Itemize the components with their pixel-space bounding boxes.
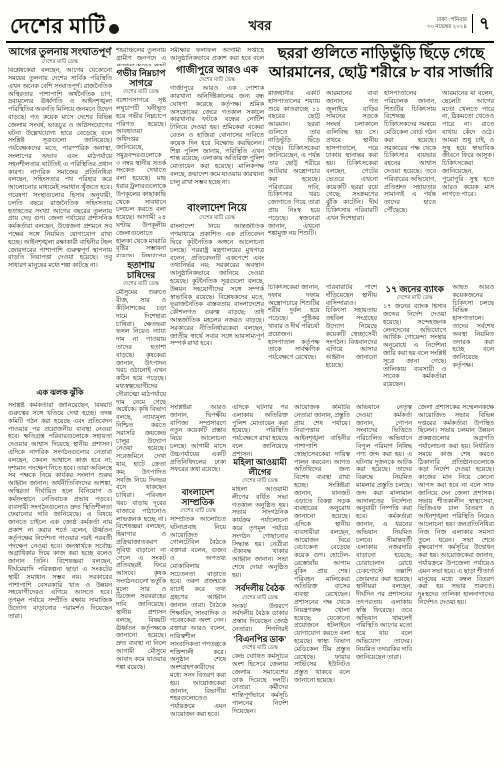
article-body: ১৭ জনের ব্যাংক হিসাব জব্দের নির্দেশ দেওয… (383, 303, 446, 400)
article-body: সংশ্লিষ্ট কর্মকর্তারা জানিয়েছেন, বিষয়ট… (8, 402, 112, 762)
article-subhead: এক ঝলক ঝুঁকি (8, 387, 112, 400)
continuation-text: আহত আরও কয়েকজনের চিকিৎসা চলছে বিভিন্ন হ… (452, 284, 494, 400)
lower-col-2: এদিকে ঘটনার পর এলাকায় অতিরিক্ত পুলিশ মো… (232, 404, 288, 762)
article-body: বঙ্গোপসাগরে সৃষ্ট লঘুচাপটি ঘনীভূত হয়ে গ… (116, 97, 166, 257)
lead-body-col: হাসপাতালের পরিচালক জানান, শিশুটির চিকিৎস… (384, 90, 436, 280)
article-headline: গাজীপুরে আরও এক (170, 65, 264, 76)
article-headline: হতাশায় চাষিদের (116, 260, 166, 280)
continuation-text: এদিকে ঘটনার পর এলাকায় অতিরিক্ত পুলিশ মো… (232, 404, 288, 456)
lower-col-3: আয়োজক কমিটির নেতারা জানান, প্রস্তুতি প্… (294, 404, 350, 762)
lead-story-headline-block: ছররা গুলিতে নাড়িভুঁড়ি ছিঁড়ে গেছে আরমা… (268, 45, 494, 83)
article-headline: সর্বদলীয় বৈঠক (232, 584, 288, 594)
page-number: ৭ (472, 14, 492, 33)
continuation-text: সমীক্ষার ফলাফল আগামী সপ্তাহে আনুষ্ঠানিকভ… (170, 47, 264, 64)
article-body: বিশ্লেষকেরা বলছেন, আগের যেকোনো সময়ের তু… (8, 67, 112, 385)
lower-col-5: জেলা প্রশাসকের সম্মেলনকক্ষে আয়োজিত সভায… (418, 404, 494, 762)
page-folio: ঢাকা : শনিবার ৩০ নভেম্বর ২০২৪ ৭ (427, 14, 492, 33)
lead-body-col: আরমানের মা বলেন, ছেলেটা আগের মতো খেলতে প… (442, 90, 494, 280)
article-body: কেন্দ্র ঘোষিত কর্মসূচির অংশ হিসেবে জেলায… (232, 653, 288, 762)
article-byline: দেশের মাটি ডেস্ক (170, 77, 264, 83)
continuation-text: সংশ্লিষ্টরা আরও জানান, দ্বিপক্ষীয় বাণিজ… (170, 404, 226, 486)
article-body: মৌসুমের শুরুতে বীজ, সার ও কীটনাশকের চড়া… (116, 289, 166, 762)
article-headline: বাংলাদেশ নিয়ে (170, 203, 264, 214)
article-headline: ১৭ জনের ব্যাংক (383, 284, 446, 294)
newspaper-page: দেশের মাটি খবর ঢাকা : শনিবার ৩০ নভেম্বর … (0, 0, 500, 768)
continuation-text: পরিবারটির পাশে দাঁড়িয়েছেন স্থানীয় বাস… (326, 284, 378, 400)
column-3-upper: সমীক্ষার ফলাফল আগামী সপ্তাহে আনুষ্ঠানিকভ… (170, 47, 264, 400)
article-bank: ১৭ জনের ব্যাংক দেশের মাটি ডেস্ক ১৭ জনের … (383, 284, 446, 400)
lead-story-body: রাজধানীর একটি হাসপাতালের শয্যায় শুয়ে ক… (268, 90, 494, 280)
dateline-top: ঢাকা : শনিবার (427, 17, 467, 24)
article-byline: দেশের মাটি ডেস্ক (232, 645, 288, 651)
article-byline: দেশের মাটি ডেস্ক (116, 281, 166, 287)
dateline: ঢাকা : শনিবার ৩০ নভেম্বর ২০২৪ (427, 17, 467, 31)
article-headline: গভীর নিম্নচাপ সাগরে (116, 68, 166, 88)
article-headline: আগের তুলনায় সংঘাতপূর্ণ (8, 47, 112, 58)
section-label: খবর (228, 17, 292, 38)
article-byline: দেশের মাটি ডেস্ক (383, 295, 446, 301)
article-byline: দেশের মাটি ডেস্ক (170, 508, 226, 514)
article-byline: দেশের মাটি ডেস্ক (232, 478, 288, 484)
article-byline: দেশের মাটি ডেস্ক (116, 89, 166, 95)
lead-headline-line1: ছররা গুলিতে নাড়িভুঁড়ি ছিঁড়ে গেছে (268, 45, 494, 64)
masthead: দেশের মাটি (10, 10, 119, 45)
column-2: শহরাঞ্চলের তুলনায় গ্রামীণ জনপদে এ প্রবণ… (116, 47, 166, 762)
article-byline: দেশের মাটি ডেস্ক (8, 59, 112, 65)
article-headline: মহিলা আওয়ামী লীগের (232, 458, 288, 477)
article-headline: বাংলাদেশ সাম্প্রতিক (170, 488, 226, 507)
article-byline: দেশের মাটি ডেস্ক (170, 215, 264, 221)
masthead-title-left: দেশের মাটি (10, 10, 105, 45)
dateline-bottom: ৩০ নভেম্বর ২০২৪ (427, 24, 467, 31)
article-body: সাম্প্রতিক আলোচিত ঘটনাপ্রবাহ নিয়ে আয়োজ… (170, 516, 226, 762)
continuation-text: শহরাঞ্চলের তুলনায় গ্রামীণ জনপদে এ প্রবণ… (116, 47, 166, 66)
header-rule (6, 41, 494, 43)
lower-col-4: অভিযানে নেতৃত্ব দেওয়া কর্মকর্তা জানান, … (356, 404, 412, 762)
article-byline: দেশের মাটি ডেস্ক (232, 595, 288, 601)
lower-col-1: সংশ্লিষ্টরা আরও জানান, দ্বিপক্ষীয় বাণিজ… (170, 404, 226, 762)
article-body: গাজীপুরে আরও এক পোশাক কারখানা অনির্দিষ্ট… (170, 85, 264, 200)
article-body: মহিলা আওয়ামী লীগের বর্ধিত সভা গতকাল অনু… (232, 486, 288, 582)
article-body: বাংলাদেশ নিয়ে আন্তর্জাতিক গণমাধ্যমে প্র… (170, 223, 264, 400)
article-body: সংকট উত্তরণে সর্বদলীয় বৈঠক ডাকার প্রস্ত… (232, 603, 288, 633)
lead-headline-line2: আরমানের, ছোট্ট শরীরে ৮ বার সার্জারি (268, 64, 494, 83)
masthead-dot-icon (109, 24, 119, 34)
continuation-text: চিকিৎসকেরা জানান, দফায় দফায় অস্ত্রোপচা… (268, 284, 320, 400)
lead-body-col: রাজধানীর একটি হাসপাতালের শয্যায় শুয়ে ক… (268, 90, 320, 280)
article-conflict: আগের তুলনায় সংঘাতপূর্ণ দেশের মাটি ডেস্ক… (8, 47, 112, 762)
article-headline: 'বিএনপির ডাক' (232, 635, 288, 645)
mid-right-band: চিকিৎসকেরা জানান, দফায় দফায় অস্ত্রোপচা… (268, 284, 494, 400)
lead-body-col: আরমানের বাবা জানান, গত জুলাইয়ে বাড়ির স… (326, 90, 378, 280)
